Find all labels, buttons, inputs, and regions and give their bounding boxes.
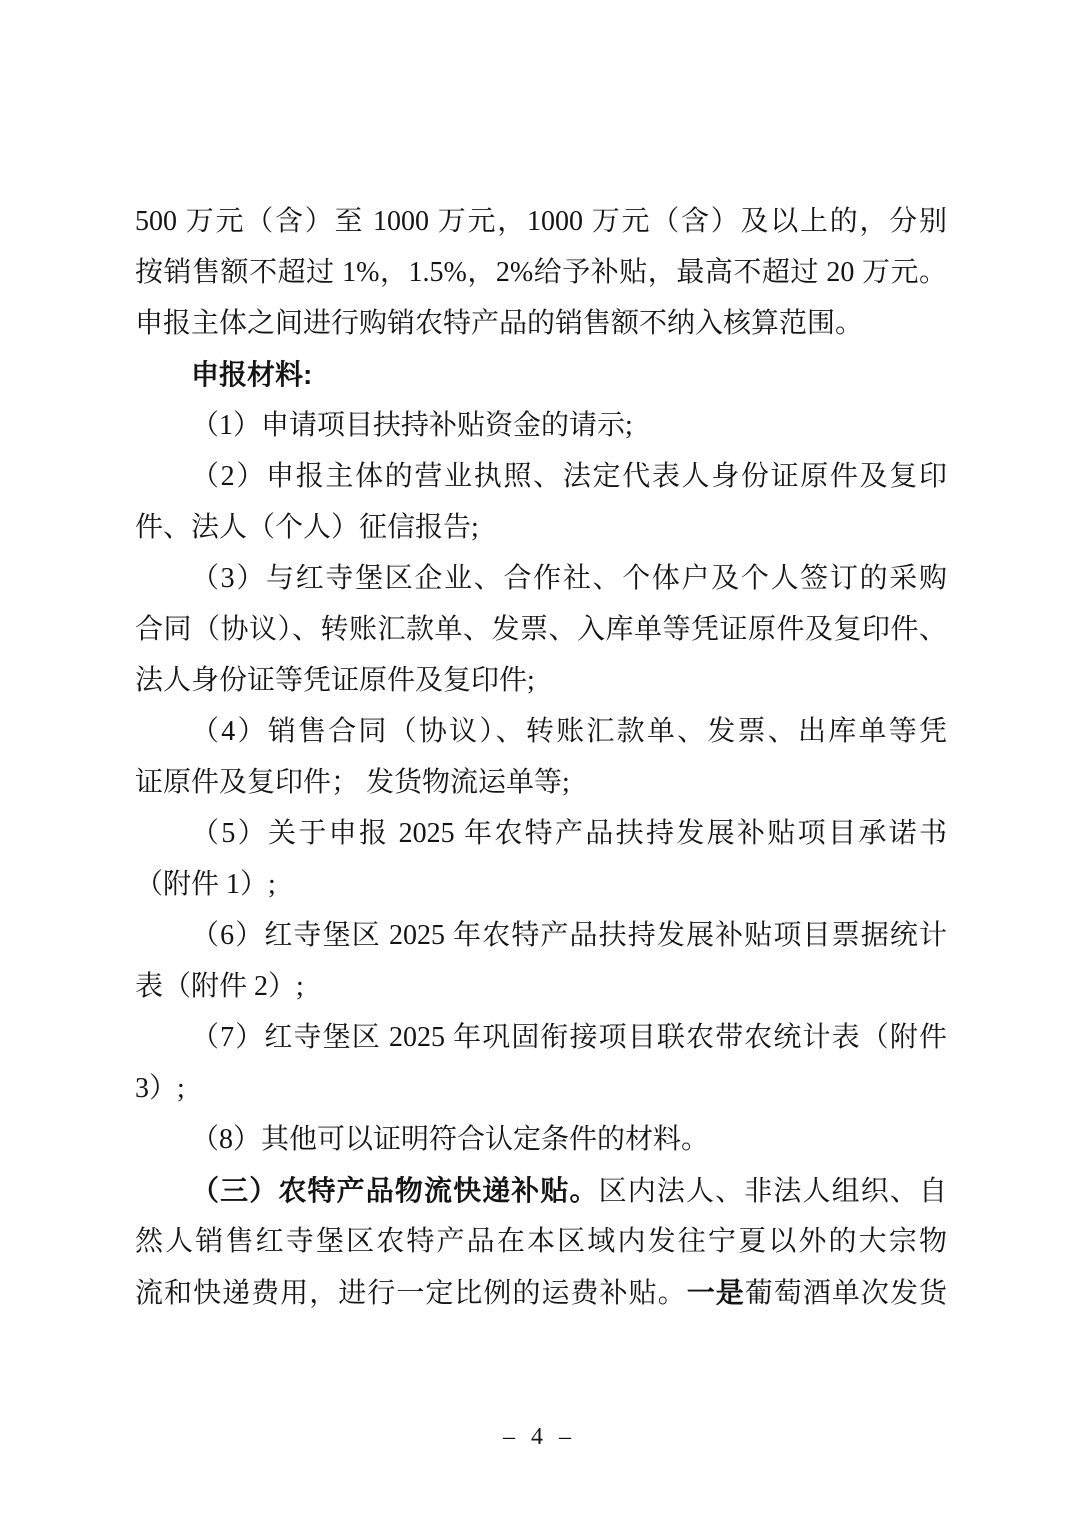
text-line: 证原件及复印件； 发货物流运单等; — [135, 757, 947, 808]
page-number: – 4 – — [0, 1420, 1074, 1454]
text-line: （三）农特产品物流快递补贴。区内法人、非法人组织、自 — [135, 1165, 947, 1216]
text-line: （7）红寺堡区 2025 年巩固衔接项目联农带农统计表（附件 — [135, 1012, 947, 1063]
text-line: （2）申报主体的营业执照、法定代表人身份证原件及复印 — [135, 451, 947, 502]
text-line: 然人销售红寺堡区农特产品在本区域内发往宁夏以外的大宗物 — [135, 1216, 947, 1267]
text-run: （3）与红寺堡区企业、合作社、个体户及个人签订的采购 — [191, 563, 947, 594]
document-page: 500 万元（含）至 1000 万元，1000 万元（含）及以上的，分别按销售额… — [0, 0, 1074, 1520]
text-run: 证原件及复印件； 发货物流运单等; — [135, 767, 570, 798]
text-line: 流和快递费用，进行一定比例的运费补贴。一是葡萄酒单次发货 — [135, 1267, 947, 1318]
text-line: 500 万元（含）至 1000 万元，1000 万元（含）及以上的，分别 — [135, 196, 947, 247]
text-run: 件、法人（个人）征信报告; — [135, 512, 479, 543]
text-line: 件、法人（个人）征信报告; — [135, 502, 947, 553]
text-line: 合同（协议）、转账汇款单、发票、入库单等凭证原件及复印件、 — [135, 604, 947, 655]
text-line: （3）与红寺堡区企业、合作社、个体户及个人签订的采购 — [135, 553, 947, 604]
text-line: （8）其他可以证明符合认定条件的材料。 — [135, 1114, 947, 1165]
text-run: （8）其他可以证明符合认定条件的材料。 — [191, 1124, 709, 1155]
text-line: 申报材料: — [135, 349, 947, 400]
text-run: 区内法人、非法人组织、自 — [599, 1176, 947, 1207]
text-line: （6）红寺堡区 2025 年农特产品扶持发展补贴项目票据统计 — [135, 910, 947, 961]
text-run: （4）销售合同（协议）、转账汇款单、发票、出库单等凭 — [191, 716, 947, 747]
bold-text-run: （三）农特产品物流快递补贴。 — [191, 1175, 599, 1206]
text-run: 表（附件 2）; — [135, 971, 304, 1002]
text-run: 合同（协议）、转账汇款单、发票、入库单等凭证原件及复印件、 — [135, 614, 947, 645]
text-line: （4）销售合同（协议）、转账汇款单、发票、出库单等凭 — [135, 706, 947, 757]
text-run: （附件 1）; — [135, 869, 276, 900]
text-run: （1）申请项目扶持补贴资金的请示; — [191, 410, 633, 441]
text-line: 申报主体之间进行购销农特产品的销售额不纳入核算范围。 — [135, 298, 947, 349]
bold-text-run: 申报材料: — [191, 359, 312, 390]
text-run: 3）; — [135, 1073, 185, 1104]
text-run: （2）申报主体的营业执照、法定代表人身份证原件及复印 — [191, 461, 947, 492]
text-run: （6）红寺堡区 2025 年农特产品扶持发展补贴项目票据统计 — [191, 920, 947, 951]
text-run: （5）关于申报 2025 年农特产品扶持发展补贴项目承诺书 — [191, 818, 947, 849]
text-run: 法人身份证等凭证原件及复印件; — [135, 665, 535, 696]
bold-text-run: 一是 — [687, 1277, 745, 1308]
text-run: 葡萄酒单次发货 — [745, 1278, 947, 1309]
text-line: 按销售额不超过 1%，1.5%，2%给予补贴，最高不超过 20 万元。 — [135, 247, 947, 298]
text-line: （5）关于申报 2025 年农特产品扶持发展补贴项目承诺书 — [135, 808, 947, 859]
text-line: 表（附件 2）; — [135, 961, 947, 1012]
document-content: 500 万元（含）至 1000 万元，1000 万元（含）及以上的，分别按销售额… — [135, 196, 947, 1318]
text-run: 流和快递费用，进行一定比例的运费补贴。 — [135, 1278, 687, 1309]
text-line: 3）; — [135, 1063, 947, 1114]
text-run: 申报主体之间进行购销农特产品的销售额不纳入核算范围。 — [135, 308, 863, 339]
text-line: （附件 1）; — [135, 859, 947, 910]
text-line: （1）申请项目扶持补贴资金的请示; — [135, 400, 947, 451]
text-run: 500 万元（含）至 1000 万元，1000 万元（含）及以上的，分别 — [135, 206, 947, 237]
text-run: 然人销售红寺堡区农特产品在本区域内发往宁夏以外的大宗物 — [135, 1226, 947, 1257]
text-run: 按销售额不超过 1%，1.5%，2%给予补贴，最高不超过 20 万元。 — [135, 257, 947, 288]
text-line: 法人身份证等凭证原件及复印件; — [135, 655, 947, 706]
text-run: （7）红寺堡区 2025 年巩固衔接项目联农带农统计表（附件 — [191, 1022, 947, 1053]
